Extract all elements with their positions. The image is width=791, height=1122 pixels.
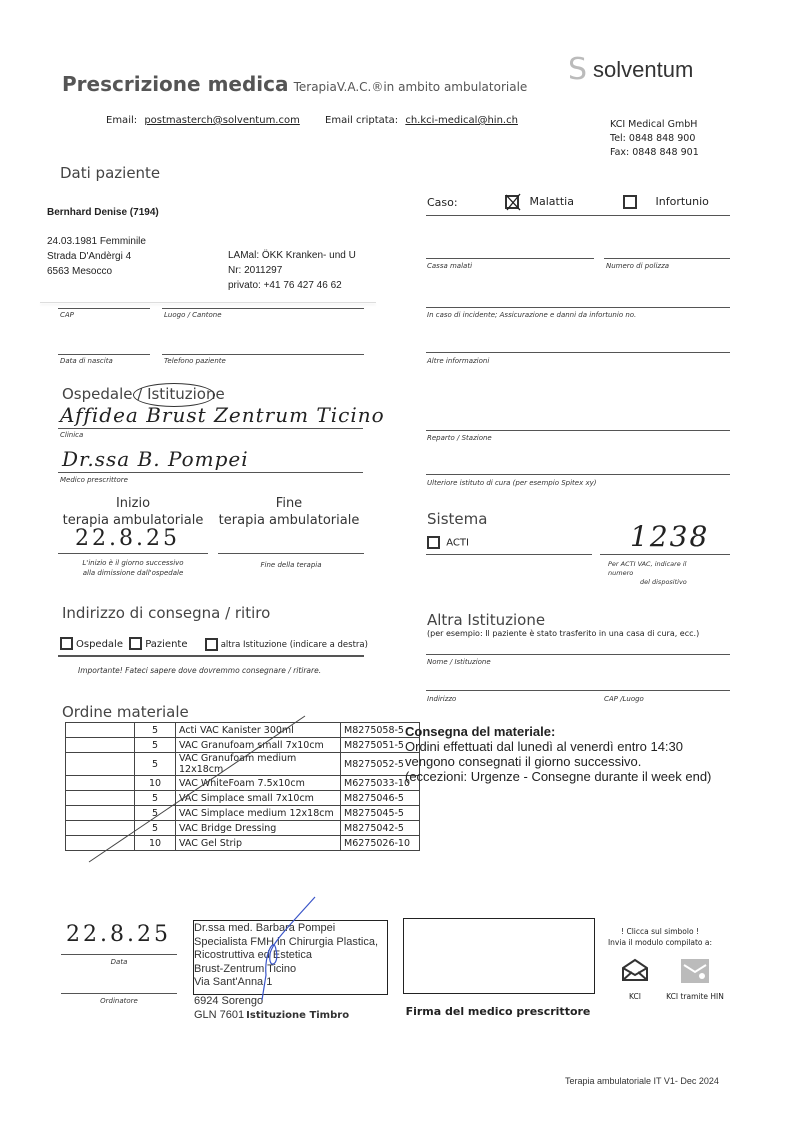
shipping-title: Consegna del materiale:	[405, 724, 711, 739]
footer-version: Terapia ambulatoriale IT V1- Dec 2024	[565, 1076, 719, 1086]
strike-through-line	[65, 714, 385, 864]
ospedale-label: Ospedale	[76, 639, 123, 650]
insurer-label: Cassa malati	[427, 262, 472, 270]
company-fax: Fax: 0848 848 901	[610, 146, 699, 160]
send-kci-button[interactable]: KCI	[617, 958, 653, 1001]
department-field[interactable]	[426, 430, 730, 431]
solventum-s-icon: S	[568, 55, 587, 85]
email-label: Email:	[106, 115, 137, 126]
device-note-1: Per ACTI VAC, indicare il	[608, 560, 687, 569]
signature-scribble	[240, 895, 320, 1005]
checkbox-malattia[interactable]: Malattia	[505, 195, 574, 209]
end-title-1: Fine	[214, 495, 364, 512]
doctor-signature-label: Firma del medico prescrittore	[403, 1005, 593, 1018]
clinic-field	[58, 428, 363, 429]
phone-field[interactable]	[162, 354, 364, 355]
clinic-label: Clinica	[60, 431, 83, 439]
phone-label: Telefono paziente	[164, 357, 226, 365]
end-title-2: terapia ambulatoriale	[214, 512, 364, 529]
doctor-signature-box[interactable]	[403, 918, 595, 994]
brand-name: solventum	[593, 57, 693, 83]
checkbox-checked-icon	[505, 195, 519, 209]
send-hin-button[interactable]: KCI tramite HIN	[665, 958, 725, 1001]
company-name: KCI Medical GmbH	[610, 118, 699, 132]
materials-table-wrap: 5Acti VAC Kanister 300mlM8275058-55VAC G…	[65, 722, 420, 851]
doctor-value[interactable]: Dr.ssa B. Pompei	[62, 447, 249, 471]
patient-city: 6563 Mesocco	[47, 264, 146, 279]
acti-label: ACTI	[446, 538, 469, 549]
checkbox-altra-istituzione[interactable]: altra Istituzione (indicare a destra)	[205, 640, 368, 650]
therapy-start-field	[58, 553, 208, 554]
shipping-line-2: vengono consegnati il giorno successivo.	[405, 754, 711, 769]
label-edge	[40, 302, 376, 303]
enc-email-link[interactable]: ch.kci-medical@hin.ch	[405, 115, 518, 126]
enc-email-label: Email criptata:	[325, 115, 398, 126]
other-cap-label: CAP /Luogo	[604, 695, 644, 703]
checkbox-icon	[129, 637, 142, 650]
start-note-1: L'inizio è il giorno successivo	[58, 558, 208, 568]
send-instructions: ! Clicca sul simbolo ! Invia il modulo c…	[600, 926, 720, 948]
checkbox-ospedale[interactable]: Ospedale	[60, 639, 123, 650]
other-info-field[interactable]	[426, 352, 730, 353]
email-link[interactable]: postmasterch@solventum.com	[144, 115, 300, 126]
send-line-2: Invia il modulo compilato a:	[600, 937, 720, 948]
case-underline	[426, 215, 730, 216]
orderer-field[interactable]	[61, 993, 177, 994]
shipping-line-1: Ordini effettuati dal lunedì al venerdì …	[405, 739, 711, 754]
checkbox-icon	[205, 638, 218, 651]
device-note-3: del dispositivo	[608, 578, 687, 587]
malattia-label: Malattia	[530, 195, 574, 208]
patient-insurance: LAMal: ÖKK Kranken- und U Nr: 2011297 pr…	[228, 248, 356, 293]
hin-label: KCI tramite HIN	[665, 992, 725, 1001]
infortunio-label: Infortunio	[656, 195, 709, 208]
policy-label: Numero di polizza	[606, 262, 669, 270]
further-institution-field[interactable]	[426, 474, 730, 475]
system-field	[426, 554, 592, 555]
patient-street: Strada D'Andèrgi 4	[47, 249, 146, 264]
case-row: Caso: Malattia Infortunio	[427, 196, 730, 209]
system-title: Sistema	[427, 510, 487, 528]
signature-date-value[interactable]: 22.8.25	[66, 922, 171, 947]
therapy-end-field[interactable]	[218, 553, 364, 554]
clinic-value[interactable]: Affidea Brust Zentrum Ticino	[60, 403, 385, 427]
checkbox-icon	[623, 195, 637, 209]
checkbox-paziente[interactable]: Paziente	[129, 639, 187, 650]
envelope-open-icon	[621, 958, 649, 982]
date-label: Data	[61, 958, 177, 966]
cap-field[interactable]	[58, 308, 150, 309]
device-number-field	[600, 554, 730, 555]
checkbox-acti[interactable]: ACTI	[427, 536, 469, 549]
company-info: KCI Medical GmbH Tel: 0848 848 900 Fax: …	[610, 118, 699, 160]
place-field[interactable]	[162, 308, 364, 309]
place-label: Luogo / Cantone	[164, 311, 222, 319]
send-line-1: ! Clicca sul simbolo !	[600, 926, 720, 937]
shipping-line-3: (eccezioni: Urgenze - Consegne durante i…	[405, 769, 711, 784]
insurance-name: LAMal: ÖKK Kranken- und U	[228, 248, 356, 263]
accident-label: In caso di incidente; Assicurazione e da…	[427, 311, 636, 319]
therapy-start-title: Inizio terapia ambulatoriale	[58, 495, 208, 529]
delivery-note: Importante! Fateci sapere dove dovremmo …	[78, 666, 321, 675]
delivery-title: Indirizzo di consegna / ritiro	[62, 604, 270, 622]
other-institution-subtitle: (per esempio: Il paziente è stato trasfe…	[427, 629, 699, 638]
insurer-field[interactable]	[426, 258, 594, 259]
other-name-field[interactable]	[426, 654, 730, 655]
other-info-label: Altre informazioni	[427, 357, 489, 365]
title-sub: TerapiaV.A.C.®in ambito ambulatoriale	[294, 80, 528, 94]
delivery-underline	[58, 655, 364, 657]
further-institution-label: Ulteriore istituto di cura (per esempio …	[427, 479, 596, 487]
insurance-number: Nr: 2011297	[228, 263, 356, 278]
accident-field[interactable]	[426, 307, 730, 308]
start-note-2: alla dimissione dall'ospedale	[58, 568, 208, 578]
device-note-2: numero	[608, 569, 687, 578]
therapy-end-title: Fine terapia ambulatoriale	[214, 495, 364, 529]
other-name-label: Nome / Istituzione	[427, 658, 491, 666]
form-title: Prescrizione medica TerapiaV.A.C.®in amb…	[62, 72, 527, 96]
stamp-gln-row: GLN 7601Istituzione Timbro	[194, 1009, 349, 1023]
patient-name: Bernhard Denise (7194)	[47, 207, 159, 218]
checkbox-icon	[427, 536, 440, 549]
department-label: Reparto / Stazione	[427, 434, 492, 442]
altra-istituzione-label: altra Istituzione (indicare a destra)	[221, 640, 368, 650]
therapy-end-note: Fine della terapia	[218, 561, 364, 569]
company-tel: Tel: 0848 848 900	[610, 132, 699, 146]
date-field	[61, 954, 177, 955]
secure-mail-icon	[680, 958, 710, 984]
therapy-start-note: L'inizio è il giorno successivo alla dim…	[58, 558, 208, 578]
policy-field[interactable]	[604, 258, 730, 259]
other-address-label: Indirizzo	[427, 695, 456, 703]
other-institution-title: Altra Istituzione	[427, 611, 545, 629]
patient-address: 24.03.1981 Femminile Strada D'Andèrgi 4 …	[47, 234, 146, 279]
patient-section-title: Dati paziente	[60, 164, 160, 182]
checkbox-icon	[60, 637, 73, 650]
therapy-start-value[interactable]: 22.8.25	[75, 526, 180, 551]
doctor-field	[58, 472, 363, 473]
other-address-field[interactable]	[426, 690, 730, 691]
device-number-value[interactable]: 1238	[630, 520, 709, 553]
start-title-1: Inizio	[58, 495, 208, 512]
dob-label: Data di nascita	[60, 357, 113, 365]
device-note: Per ACTI VAC, indicare il numero del dis…	[608, 560, 687, 587]
orderer-label: Ordinatore	[61, 997, 177, 1005]
email-row: Email: postmasterch@solventum.com Email …	[106, 115, 518, 126]
cap-label: CAP	[60, 311, 74, 319]
doctor-label: Medico prescrittore	[60, 476, 128, 484]
shipping-info: Consegna del materiale: Ordini effettuat…	[405, 724, 711, 784]
patient-birth-gender: 24.03.1981 Femminile	[47, 234, 146, 249]
delivery-options: Ospedale Paziente altra Istituzione (ind…	[60, 637, 368, 651]
paziente-label: Paziente	[145, 639, 187, 650]
checkbox-infortunio[interactable]: Infortunio	[623, 195, 709, 209]
stamp-gln: GLN 7601	[194, 1009, 244, 1021]
brand-logo: S solventum	[568, 55, 693, 85]
case-label: Caso:	[427, 196, 458, 209]
kci-label: KCI	[617, 992, 653, 1001]
patient-phone: privato: +41 76 427 46 62	[228, 278, 356, 293]
dob-field[interactable]	[58, 354, 150, 355]
title-main: Prescrizione medica	[62, 72, 289, 96]
stamp-label: Istituzione Timbro	[246, 1010, 349, 1021]
